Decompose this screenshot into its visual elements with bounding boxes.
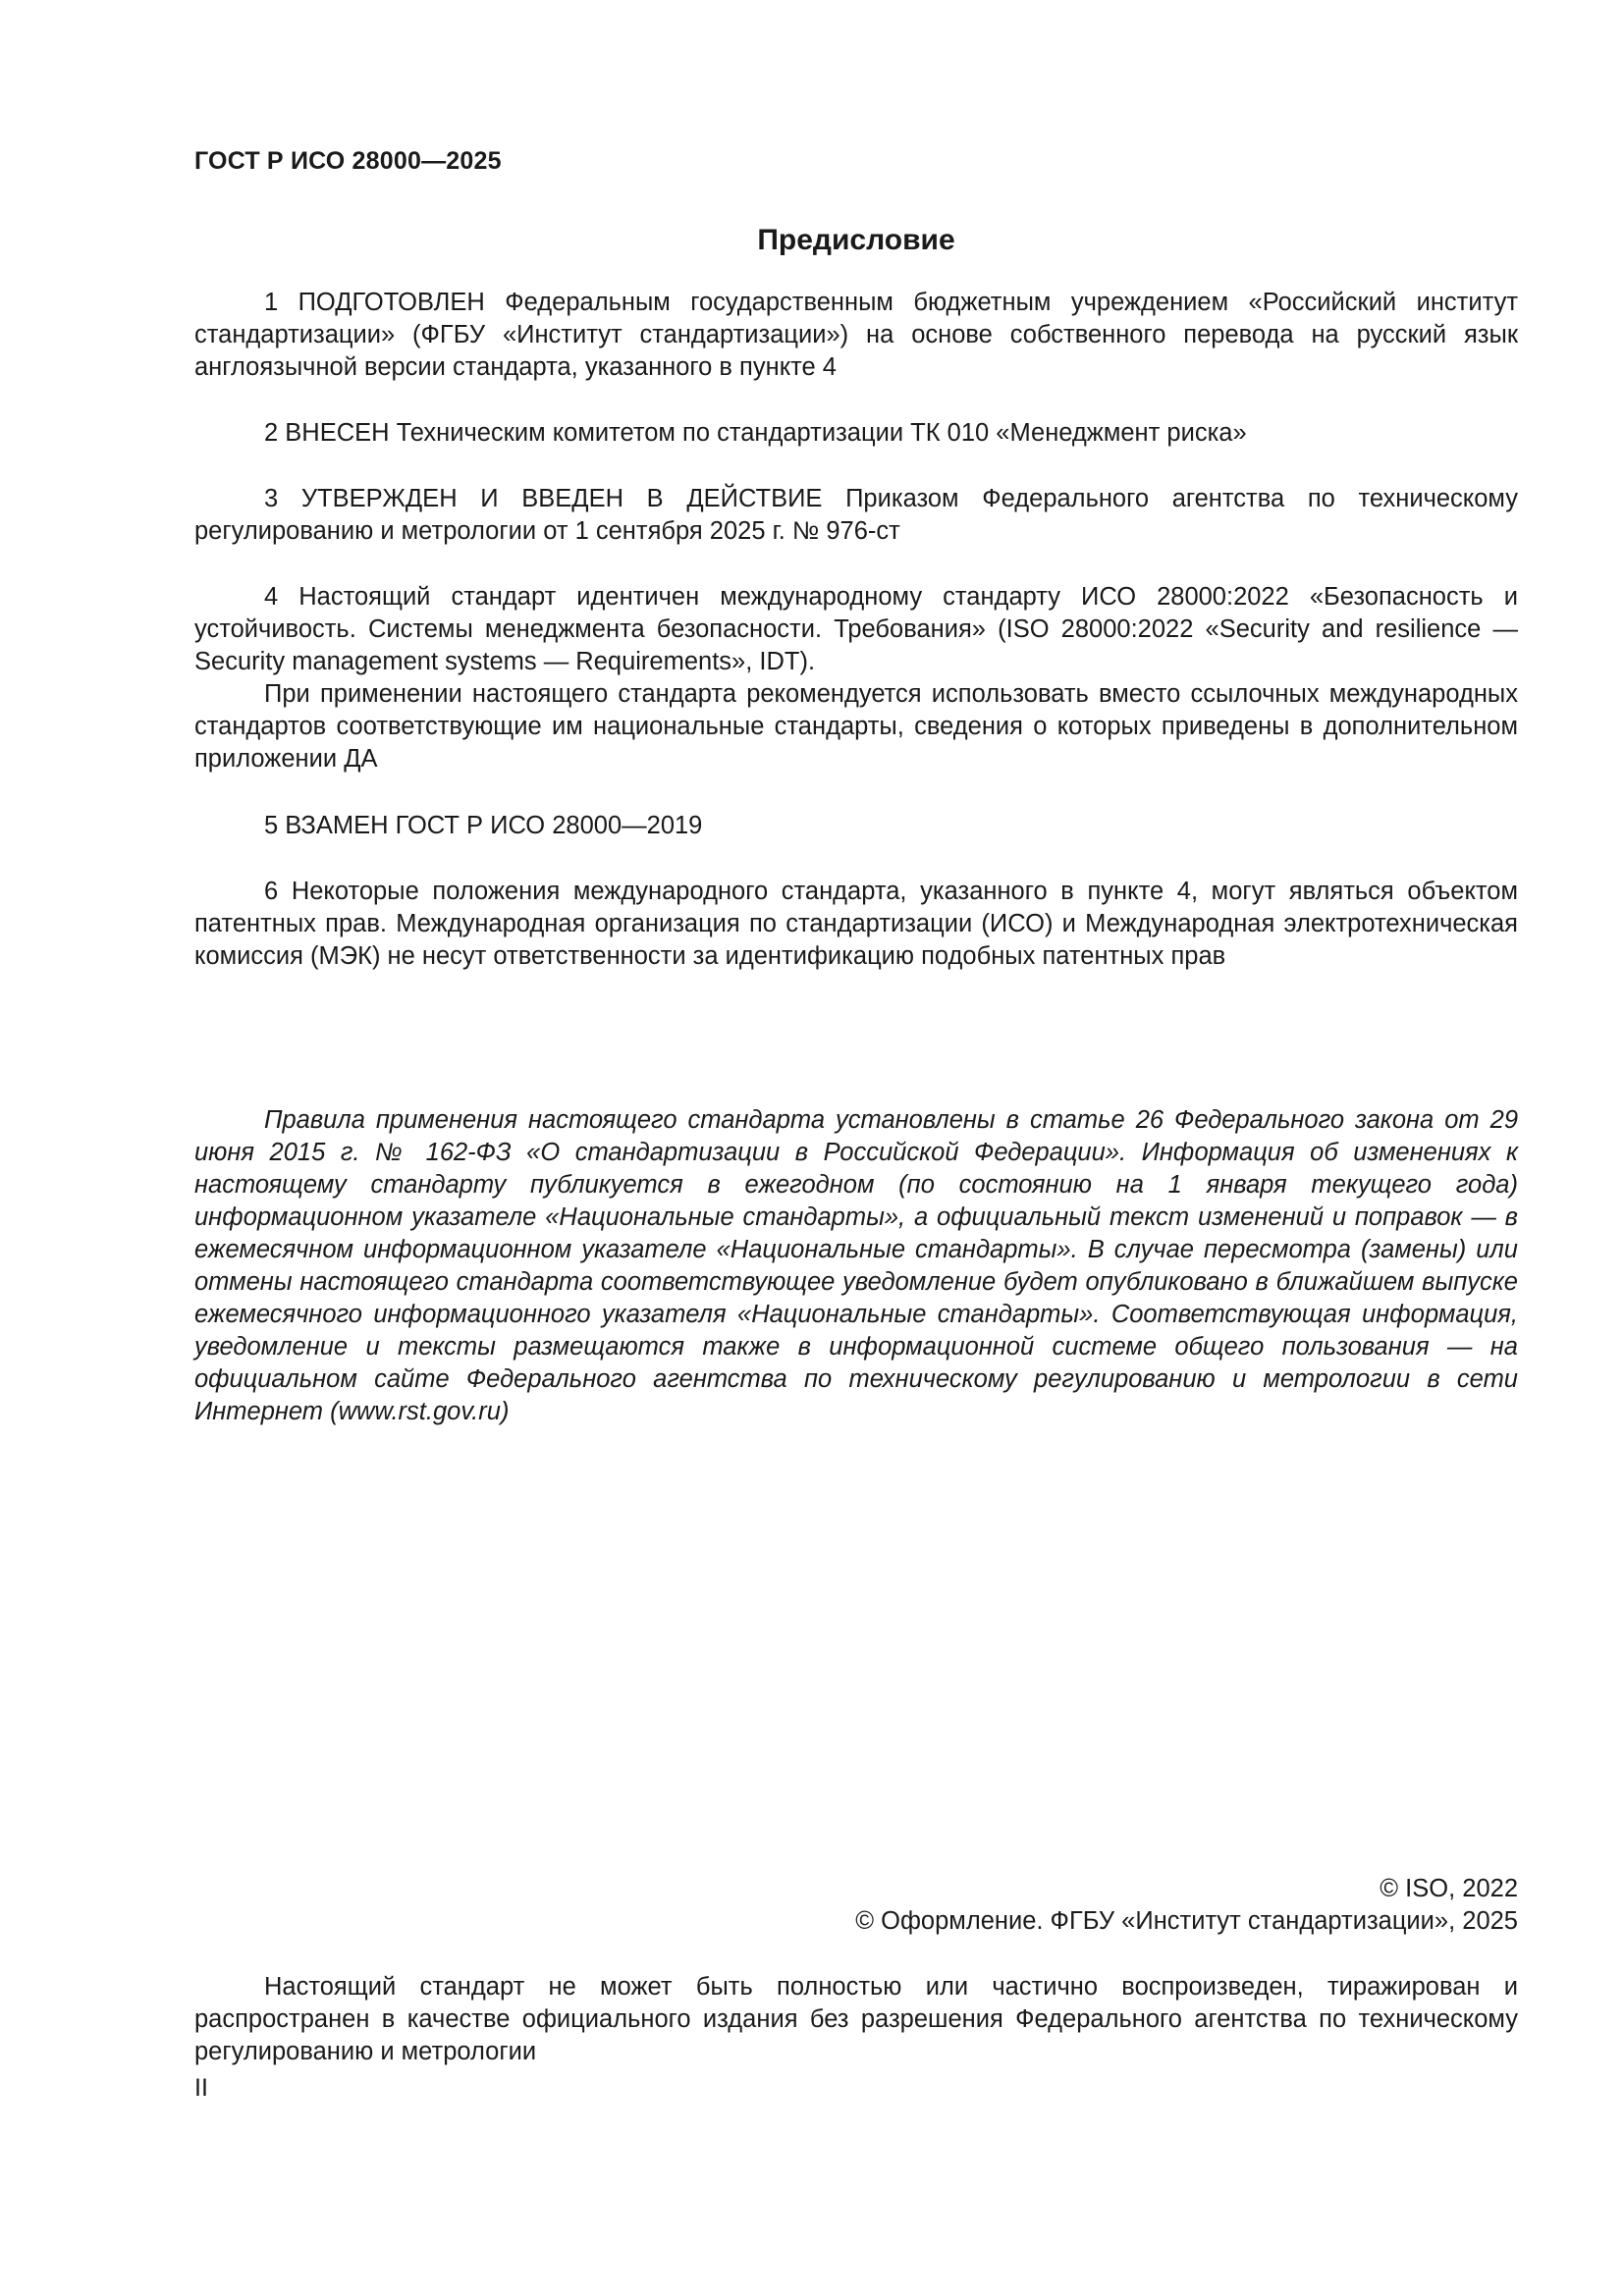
foreword-paragraph: 2 ВНЕСЕН Техническим комитетом по станда…	[194, 417, 1518, 450]
foreword-item-2: 2 ВНЕСЕН Техническим комитетом по станда…	[194, 417, 1518, 450]
foreword-paragraph: 6 Некоторые положения международного ста…	[194, 876, 1518, 973]
foreword-paragraph: 4 Настоящий стандарт идентичен междунаро…	[194, 581, 1518, 678]
foreword-item-3: 3 УТВЕРЖДЕН И ВВЕДЕН В ДЕЙСТВИЕ Приказом…	[194, 483, 1518, 548]
document-code: ГОСТ Р ИСО 28000—2025	[194, 147, 502, 176]
foreword-item-1: 1 ПОДГОТОВЛЕН Федеральным государственны…	[194, 287, 1518, 384]
foreword-paragraph: 5 ВЗАМЕН ГОСТ Р ИСО 28000—2019	[194, 810, 1518, 842]
legal-notice-text: Правила применения настоящего стандарта …	[194, 1104, 1518, 1428]
reproduction-notice: Настоящий стандарт не может быть полност…	[194, 1971, 1518, 2068]
legal-notice: Правила применения настоящего стандарта …	[194, 1104, 1518, 1428]
foreword-paragraph: 3 УТВЕРЖДЕН И ВВЕДЕН В ДЕЙСТВИЕ Приказом…	[194, 483, 1518, 548]
foreword-paragraph: 1 ПОДГОТОВЛЕН Федеральным государственны…	[194, 287, 1518, 384]
copyright-iso: © ISO, 2022	[1380, 1873, 1518, 1905]
page-number: II	[194, 2074, 208, 2103]
section-title: Предисловие	[194, 224, 1518, 257]
foreword-paragraph: При применении настоящего стандарта реко…	[194, 678, 1518, 775]
foreword-item-6: 6 Некоторые положения международного ста…	[194, 876, 1518, 973]
foreword-item-5: 5 ВЗАМЕН ГОСТ Р ИСО 28000—2019	[194, 810, 1518, 842]
foreword-item-4: 4 Настоящий стандарт идентичен междунаро…	[194, 581, 1518, 775]
reproduction-notice-text: Настоящий стандарт не может быть полност…	[194, 1971, 1518, 2068]
copyright-design: © Оформление. ФГБУ «Институт стандартиза…	[855, 1905, 1518, 1938]
